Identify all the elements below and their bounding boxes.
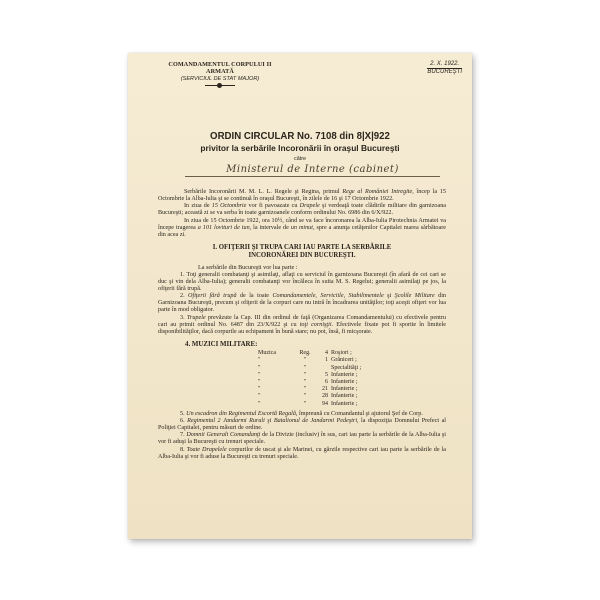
document-subtitle: privitor la serbările Incoronării în ora…: [128, 143, 472, 153]
to-label: către: [128, 156, 472, 162]
intro-paragraph-2: In ziua de 15 Octombrie vor fi pavoazate…: [158, 203, 446, 217]
intro-paragraph-3: In ziua de 15 Octombrie 1922, ora 10½, c…: [158, 218, 446, 239]
band-row: ""28Infanterie ;: [258, 393, 446, 400]
band-row: ""Specialităţi ;: [258, 365, 446, 372]
list-item-1: 1. Toţi generalii combatanţi şi asimilaţ…: [158, 272, 446, 293]
ornament-divider-icon: [205, 85, 235, 86]
list-item-6: 6. Regimentul 2 Jandarmi Rurali şi Batal…: [158, 418, 446, 432]
document-title: ORDIN CIRCULAR No. 7108 din 8|X|922: [142, 130, 458, 142]
list-item-4-heading: 4. MUZICI MILITARE:: [185, 341, 446, 348]
band-row: ""94Infanterie ;: [258, 401, 446, 408]
band-row: ""5Infanterie ;: [258, 372, 446, 379]
section-1-heading: I. OFIŢERII ŞI TRUPA CARI IAU PARTE LA S…: [158, 244, 446, 260]
band-row: ""1Grăniceri ;: [258, 357, 446, 364]
handwritten-recipient: Ministerul de Interne (cabinet): [185, 163, 440, 177]
document-place: BUCUREŞTI: [427, 69, 462, 75]
list-item-2: 2. Ofiţerii fără trupă de la toate Coman…: [158, 293, 446, 314]
military-bands-list: MuzicaReg.4Roşiori ;""1Grăniceri ;""Spec…: [258, 350, 446, 408]
list-item-8: 8. Toate Drapelele corpurilor de uscat ş…: [158, 447, 446, 461]
document-date: 2. X. 1922.: [427, 61, 462, 69]
document-page: COMANDAMENTUL CORPULUI II ARMATĂ (SERVIC…: [128, 53, 472, 539]
issuer-name: COMANDAMENTUL CORPULUI II ARMATĂ: [155, 61, 285, 75]
section-lead: La serbările din Bucureşti vor lua parte…: [158, 265, 446, 272]
list-item-5: 5. Un escadron din Regimentul Escortă Re…: [158, 411, 446, 418]
document-body: Serbările Incoronării M. M. L. L. Regele…: [158, 189, 446, 461]
date-place-block: 2. X. 1922. BUCUREŞTI: [427, 61, 462, 75]
list-item-7: 7. Domnii Generali Comandanţi de la Divi…: [158, 432, 446, 446]
issuer-block: COMANDAMENTUL CORPULUI II ARMATĂ (SERVIC…: [155, 61, 285, 86]
issuer-department: (SERVICIUL DE STAT MAJOR): [155, 76, 285, 82]
band-row: MuzicaReg.4Roşiori ;: [258, 350, 446, 357]
intro-paragraph-1: Serbările Incoronării M. M. L. L. Regele…: [158, 189, 446, 203]
list-item-3: 3. Trupele prevăzute la Cap. III din ord…: [158, 315, 446, 336]
